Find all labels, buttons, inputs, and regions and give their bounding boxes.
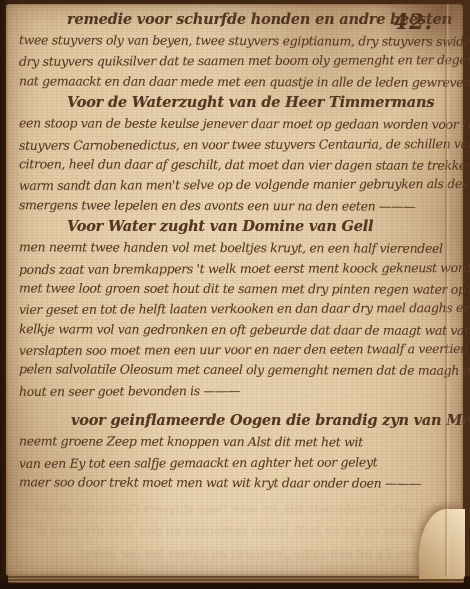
manuscript-line: verslapten soo moet men een uur voor en … xyxy=(19,339,447,361)
manuscript-text: remedie voor schurfde honden en andre be… xyxy=(19,9,447,493)
manuscript-line: een stoop van de beste keulse jenever da… xyxy=(19,113,447,135)
section-heading: remedie voor schurfde honden en andre be… xyxy=(67,10,447,29)
curled-page-corner xyxy=(419,509,465,579)
manuscript-line: warm sandt dan kan men't selve op de vol… xyxy=(19,174,447,196)
manuscript-line: van een Ey tot een salfje gemaackt en ag… xyxy=(19,452,447,474)
manuscript-page: 42. remedie voor schurfde honden en andr… xyxy=(6,4,463,576)
recipe-section-inflamed-eyes-douglas: voor geinflameerde Oogen die brandig zyn… xyxy=(19,411,447,493)
manuscript-line: neemt groene Zeep met knoppen van Alst d… xyxy=(19,432,447,454)
manuscript-line: vier geset en tot de helft laaten verkoo… xyxy=(19,298,447,320)
manuscript-line: maer soo door trekt moet men wat wit kry… xyxy=(19,472,447,494)
recipe-section-dropsy-timmermans: Voor de Waterzught van de Heer Timmerman… xyxy=(19,93,447,216)
manuscript-line: dry stuyvers quiksilver dat te saamen me… xyxy=(19,50,447,72)
section-heading: voor geinflameerde Oogen die brandig zyn… xyxy=(71,411,447,430)
section-heading: Voor de Waterzught van de Heer Timmerman… xyxy=(67,93,447,112)
manuscript-line: nat gemaackt en dan daar mede met een qu… xyxy=(19,71,447,93)
bleed-through-text: stuyvers Carnobenedictus, en voor twee s… xyxy=(36,502,443,516)
manuscript-line: pelen salvolatile Oleosum met caneel oly… xyxy=(19,360,447,382)
manuscript-line: men neemt twee handen vol met boeltjes k… xyxy=(19,237,447,259)
recipe-section-mangy-dogs: remedie voor schurfde honden en andre be… xyxy=(19,10,447,92)
manuscript-line: kelkje warm vol van gedronken en oft geb… xyxy=(19,319,447,341)
manuscript-line: citroen, heel dun daar af geschilt, dat … xyxy=(19,154,447,176)
manuscript-line: twee stuyvers oly van beyen, twee stuyve… xyxy=(19,30,447,52)
manuscript-line: smergens twee lepelen en des avonts een … xyxy=(19,195,447,217)
manuscript-line: met twee loot groen soet hout dit te sam… xyxy=(19,278,447,300)
manuscript-line: stuyvers Carnobenedictus, en voor twee s… xyxy=(19,134,447,156)
section-heading: Voor Water zught van Domine van Gell xyxy=(67,217,447,236)
page-stack-edges xyxy=(8,575,464,583)
manuscript-photo: 42. remedie voor schurfde honden en andr… xyxy=(0,0,470,589)
bleed-through-text: vier geset en tot de helft laaten verkoo… xyxy=(36,524,443,538)
bleed-through-text: van een Ey tot een salfje gemaackt en ag… xyxy=(36,547,443,561)
manuscript-line: hout en seer goet bevonden is ——— xyxy=(19,380,447,402)
recipe-section-dropsy-van-gell: Voor Water zught van Domine van Gell men… xyxy=(19,217,447,401)
manuscript-line: ponds zaat van bremkappers 't welk moet … xyxy=(19,258,447,280)
